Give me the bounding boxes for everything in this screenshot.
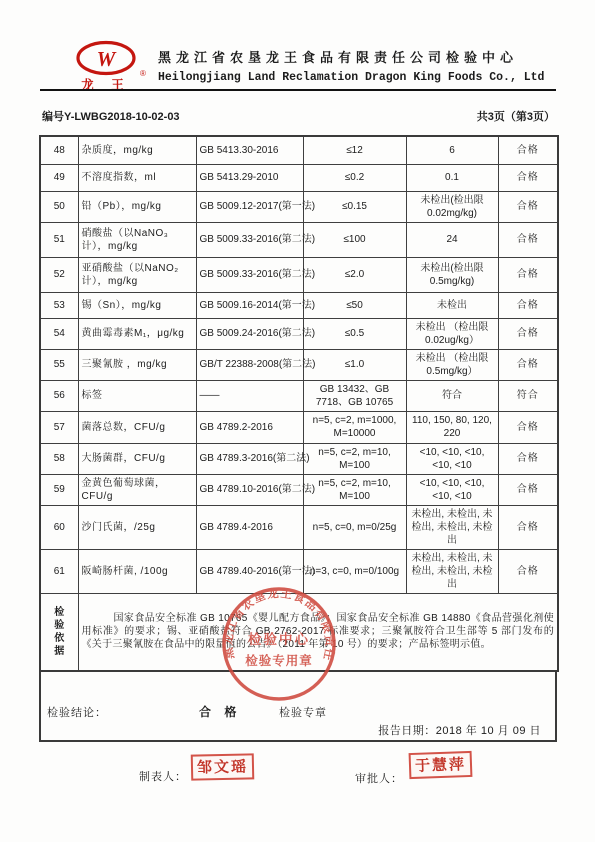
- report-content: 48 杂质度，mg/kg GB 5413.30-2016 ≤12 6 合格 49…: [39, 135, 557, 796]
- results-table: 48 杂质度，mg/kg GB 5413.30-2016 ≤12 6 合格 49…: [39, 135, 559, 672]
- test-method: GB 5009.24-2016(第二法): [196, 318, 303, 349]
- table-row: 52 亚硝酸盐（以NaNO₂ 计），mg/kg GB 5009.33-2016(…: [40, 257, 558, 292]
- approver-label: 审批人：: [355, 770, 403, 786]
- requirement: ≤100: [303, 222, 406, 257]
- verdict: 合格: [498, 474, 558, 505]
- test-item: 不溶度指数，ml: [78, 164, 196, 191]
- report-page: W ® 龙 王 黑龙江省农垦龙王食品有限责任公司检验中心 Heilongjian…: [0, 0, 595, 842]
- test-item: 硝酸盐（以NaNO₃ 计），mg/kg: [78, 222, 196, 257]
- company-name-en: Heilongjiang Land Reclamation Dragon Kin…: [158, 71, 558, 84]
- verdict: 合格: [498, 136, 558, 164]
- basis-label: 检 验 依 据: [40, 593, 78, 671]
- result: 未检出, 未检出, 未检出, 未检出, 未检出: [406, 505, 498, 549]
- table-row: 59 金黄色葡萄球菌，CFU/g GB 4789.10-2016(第二法) n=…: [40, 474, 558, 505]
- test-method: GB 5009.33-2016(第二法): [196, 257, 303, 292]
- verdict: 合格: [498, 549, 558, 593]
- basis-text: 国家食品安全标准 GB 10765《婴儿配方食品》；国家食品安全标准 GB 14…: [78, 593, 558, 671]
- row-number: 58: [40, 443, 78, 474]
- basis-row: 检 验 依 据 国家食品安全标准 GB 10765《婴儿配方食品》；国家食品安全…: [40, 593, 558, 671]
- verdict: 合格: [498, 292, 558, 318]
- requirement: GB 13432、GB 7718、GB 10765: [303, 380, 406, 411]
- test-item: 沙门氏菌，/25g: [78, 505, 196, 549]
- result: 未检出(检出限 0.02mg/kg): [406, 191, 498, 222]
- row-number: 50: [40, 191, 78, 222]
- table-row: 55 三聚氰胺 ，mg/kg GB/T 22388-2008(第二法) ≤1.0…: [40, 349, 558, 380]
- requirement: n=5, c=2, m=10, M=100: [303, 474, 406, 505]
- result: 6: [406, 136, 498, 164]
- test-item: 杂质度，mg/kg: [78, 136, 196, 164]
- table-row: 56 标签 —— GB 13432、GB 7718、GB 10765 符合 符合: [40, 380, 558, 411]
- test-method: GB 4789.3-2016(第二法): [196, 443, 303, 474]
- verdict: 符合: [498, 380, 558, 411]
- doc-number: 编号Y-LWBG2018-10-02-03: [42, 108, 180, 124]
- requirement: ≤50: [303, 292, 406, 318]
- table-row: 51 硝酸盐（以NaNO₃ 计），mg/kg GB 5009.33-2016(第…: [40, 222, 558, 257]
- header-rule: [40, 89, 556, 91]
- row-number: 60: [40, 505, 78, 549]
- row-number: 56: [40, 380, 78, 411]
- seal-caption: 检验专章: [279, 704, 327, 720]
- test-item: 锡（Sn），mg/kg: [78, 292, 196, 318]
- verdict: 合格: [498, 349, 558, 380]
- test-item: 铅（Pb），mg/kg: [78, 191, 196, 222]
- test-item: 阪崎肠杆菌, /100g: [78, 549, 196, 593]
- test-method: GB 5009.12-2017(第一法): [196, 191, 303, 222]
- verdict: 合格: [498, 257, 558, 292]
- table-row: 61 阪崎肠杆菌, /100g GB 4789.40-2016(第一法) n=3…: [40, 549, 558, 593]
- row-number: 48: [40, 136, 78, 164]
- logo-monogram: W: [97, 47, 117, 71]
- result: 未检出: [406, 292, 498, 318]
- result: 未检出 （检出限 0.02ug/kg）: [406, 318, 498, 349]
- result: 未检出(检出限 0.5mg/kg): [406, 257, 498, 292]
- requirement: ≤2.0: [303, 257, 406, 292]
- test-item: 金黄色葡萄球菌，CFU/g: [78, 474, 196, 505]
- test-item: 菌落总数，CFU/g: [78, 411, 196, 443]
- table-row: 57 菌落总数，CFU/g GB 4789.2-2016 n=5, c=2, m…: [40, 411, 558, 443]
- test-method: GB 5413.29-2010: [196, 164, 303, 191]
- result: 110, 150, 80, 120, 220: [406, 411, 498, 443]
- conclusion-label: 检验结论：: [47, 704, 107, 720]
- test-method: ——: [196, 380, 303, 411]
- requirement: ≤0.15: [303, 191, 406, 222]
- verdict: 合格: [498, 443, 558, 474]
- row-number: 59: [40, 474, 78, 505]
- row-number: 52: [40, 257, 78, 292]
- test-method: GB 4789.4-2016: [196, 505, 303, 549]
- doc-info-row: 编号Y-LWBG2018-10-02-03 共3页（第3页）: [42, 108, 555, 124]
- conclusion-value: 合 格: [199, 703, 236, 720]
- result: <10, <10, <10, <10, <10: [406, 474, 498, 505]
- test-item: 标签: [78, 380, 196, 411]
- conclusion-box: 检验结论： 合 格 检验专章 报告日期：2018 年 10 月 09 日: [39, 672, 557, 742]
- result: <10, <10, <10, <10, <10: [406, 443, 498, 474]
- table-row: 58 大肠菌群，CFU/g GB 4789.3-2016(第二法) n=5, c…: [40, 443, 558, 474]
- table-row: 48 杂质度，mg/kg GB 5413.30-2016 ≤12 6 合格: [40, 136, 558, 164]
- row-number: 53: [40, 292, 78, 318]
- requirement: n=3, c=0, m=0/100g: [303, 549, 406, 593]
- test-method: GB 5413.30-2016: [196, 136, 303, 164]
- requirement: n=5, c=0, m=0/25g: [303, 505, 406, 549]
- company-name-cn: 黑龙江省农垦龙王食品有限责任公司检验中心: [158, 47, 558, 66]
- verdict: 合格: [498, 222, 558, 257]
- signature-row: 制表人： 邹文瑶 审批人： 于慧萍: [39, 750, 557, 796]
- requirement: n=5, c=2, m=1000, M=10000: [303, 411, 406, 443]
- result: 未检出 （检出限 0.5mg/kg）: [406, 349, 498, 380]
- row-number: 49: [40, 164, 78, 191]
- result: 符合: [406, 380, 498, 411]
- verdict: 合格: [498, 505, 558, 549]
- row-number: 54: [40, 318, 78, 349]
- requirement: ≤1.0: [303, 349, 406, 380]
- results-tbody: 48 杂质度，mg/kg GB 5413.30-2016 ≤12 6 合格 49…: [40, 136, 558, 593]
- result: 未检出, 未检出, 未检出, 未检出, 未检出: [406, 549, 498, 593]
- verdict: 合格: [498, 164, 558, 191]
- preparer-name-stamp: 邹文瑶: [191, 753, 255, 780]
- requirement: ≤0.5: [303, 318, 406, 349]
- test-method: GB 5009.33-2016(第二法): [196, 222, 303, 257]
- table-row: 49 不溶度指数，ml GB 5413.29-2010 ≤0.2 0.1 合格: [40, 164, 558, 191]
- test-item: 黄曲霉毒素M₁，μg/kg: [78, 318, 196, 349]
- result: 0.1: [406, 164, 498, 191]
- requirement: n=5, c=2, m=10, M=100: [303, 443, 406, 474]
- row-number: 61: [40, 549, 78, 593]
- table-row: 54 黄曲霉毒素M₁，μg/kg GB 5009.24-2016(第二法) ≤0…: [40, 318, 558, 349]
- test-item: 三聚氰胺 ，mg/kg: [78, 349, 196, 380]
- test-method: GB 4789.10-2016(第二法): [196, 474, 303, 505]
- table-row: 53 锡（Sn），mg/kg GB 5009.16-2014(第一法) ≤50 …: [40, 292, 558, 318]
- test-method: GB/T 22388-2008(第二法): [196, 349, 303, 380]
- test-item: 亚硝酸盐（以NaNO₂ 计），mg/kg: [78, 257, 196, 292]
- registered-mark-icon: ®: [140, 69, 146, 78]
- table-row: 50 铅（Pb），mg/kg GB 5009.12-2017(第一法) ≤0.1…: [40, 191, 558, 222]
- row-number: 51: [40, 222, 78, 257]
- verdict: 合格: [498, 411, 558, 443]
- test-method: GB 4789.40-2016(第一法): [196, 549, 303, 593]
- requirement: ≤0.2: [303, 164, 406, 191]
- test-method: GB 4789.2-2016: [196, 411, 303, 443]
- page-indicator: 共3页（第3页）: [477, 108, 555, 124]
- verdict: 合格: [498, 191, 558, 222]
- dragon-king-logo: W ® 龙 王: [70, 40, 148, 92]
- verdict: 合格: [498, 318, 558, 349]
- requirement: ≤12: [303, 136, 406, 164]
- row-number: 57: [40, 411, 78, 443]
- test-method: GB 5009.16-2014(第一法): [196, 292, 303, 318]
- approver-name-stamp: 于慧萍: [409, 751, 473, 779]
- report-date: 报告日期：2018 年 10 月 09 日: [378, 722, 541, 738]
- test-item: 大肠菌群，CFU/g: [78, 443, 196, 474]
- row-number: 55: [40, 349, 78, 380]
- preparer-label: 制表人：: [139, 768, 187, 784]
- result: 24: [406, 222, 498, 257]
- company-block: 黑龙江省农垦龙王食品有限责任公司检验中心 Heilongjiang Land R…: [158, 47, 558, 84]
- table-row: 60 沙门氏菌，/25g GB 4789.4-2016 n=5, c=0, m=…: [40, 505, 558, 549]
